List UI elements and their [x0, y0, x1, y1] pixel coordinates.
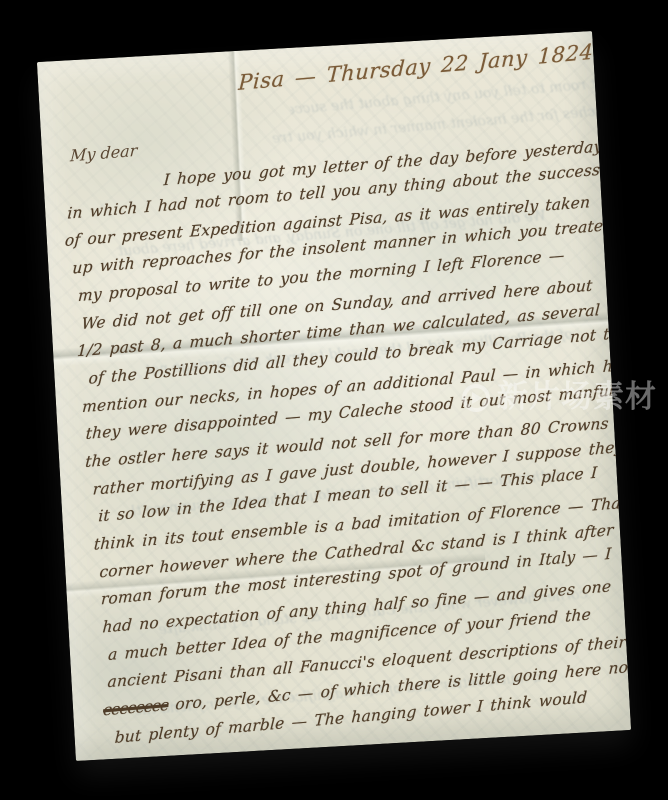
struck-out-word: twice — [615, 411, 631, 432]
photo-background: in which I had not room to tell you any … — [0, 0, 668, 800]
struck-out-word: eeeeeeee — [103, 696, 169, 720]
letter-paper: in which I had not room to tell you any … — [37, 31, 631, 761]
dateline: Pisa — Thursday 22 Jany 1824 — [238, 40, 594, 95]
salutation: My dear — [70, 141, 138, 166]
handwritten-text: Pisa — Thursday 22 Jany 1824 My dear I h… — [37, 31, 631, 761]
